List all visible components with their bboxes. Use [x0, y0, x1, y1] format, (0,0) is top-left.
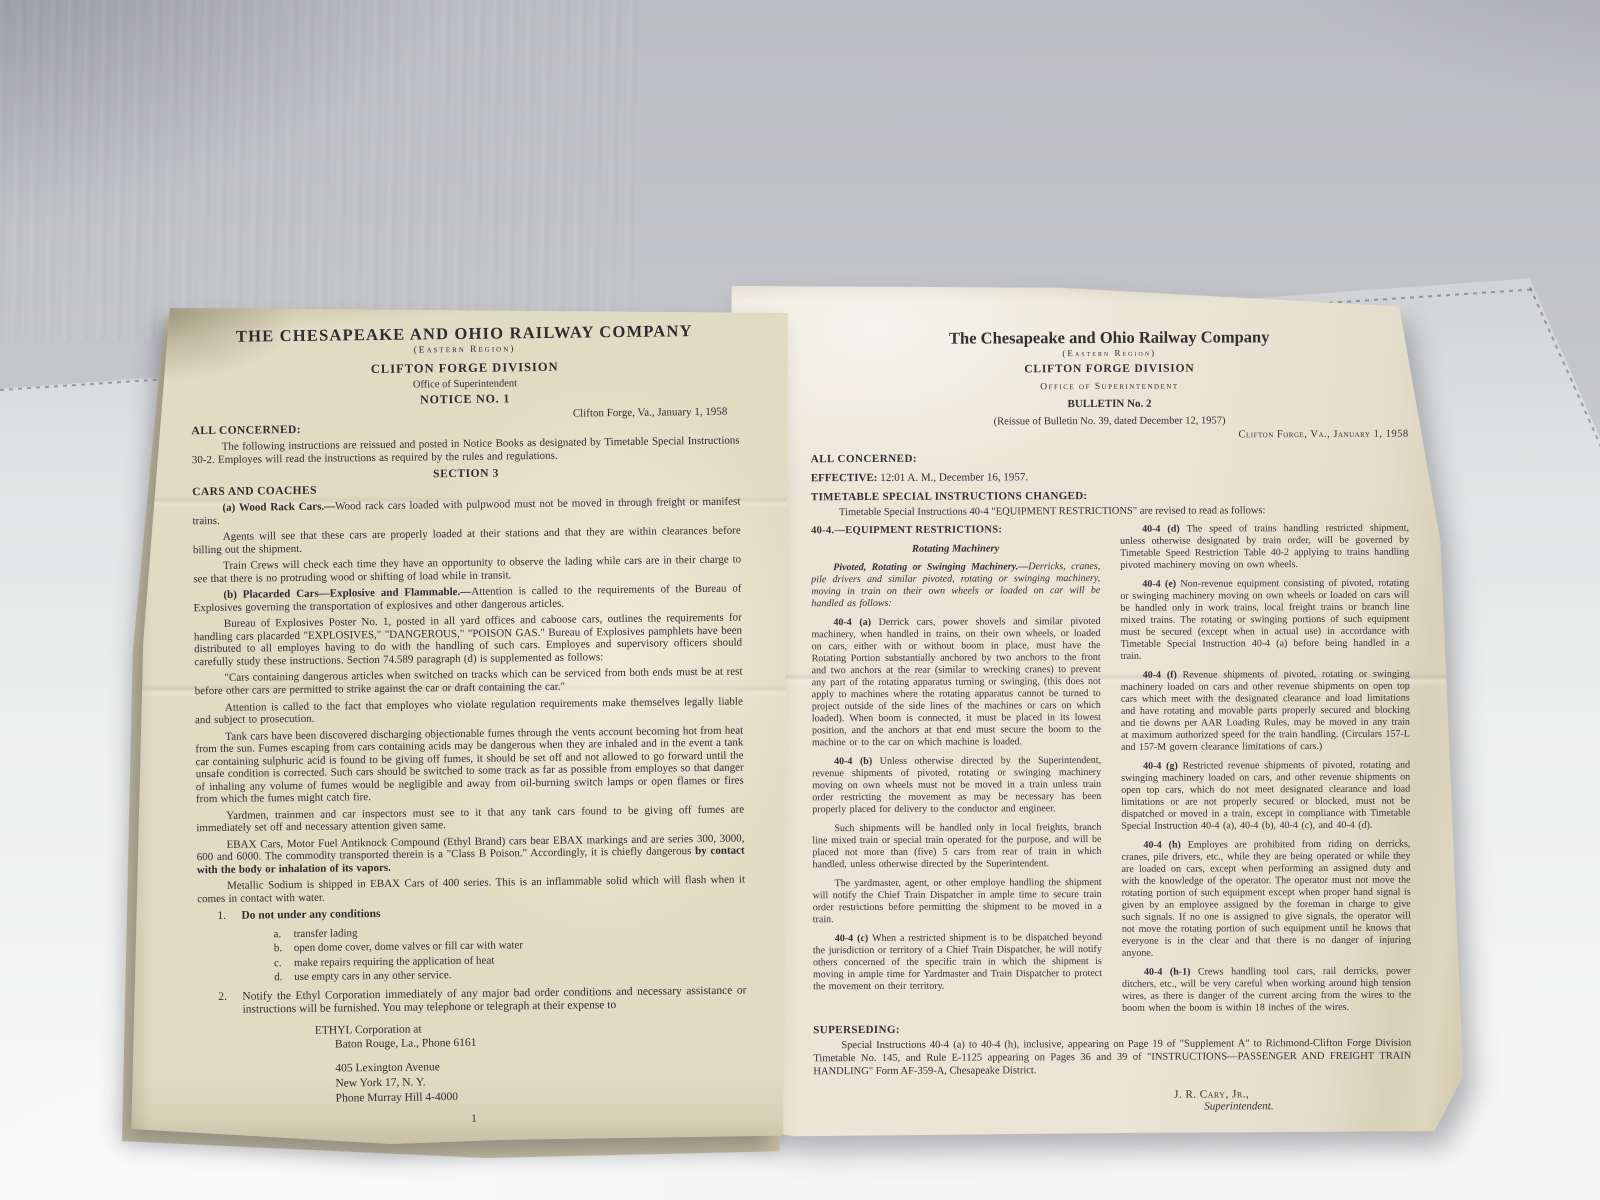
- text-segment: Tank cars have been discovered dischargi…: [195, 724, 744, 805]
- left-doc-intro: The following instructions are reissued …: [192, 435, 740, 467]
- text-segment: Yardmen, trainmen and car inspectors mus…: [196, 803, 744, 834]
- list-item-text: Do not under any conditions: [241, 904, 745, 923]
- left-doc-paragraph: Metallic Sodium is shipped in EBAX Cars …: [197, 874, 745, 906]
- list-sub-letter: d.: [274, 970, 294, 985]
- list-number: 2.: [218, 991, 242, 1018]
- left-doc-numbered-list: 1.Do not under any conditionsa.transfer …: [197, 904, 746, 1018]
- left-doc-paragraph: Tank cars have been discovered dischargi…: [195, 724, 744, 806]
- list-sub-items: a.transfer ladingb.open dome cover, dome…: [274, 921, 747, 985]
- left-doc-paragraph: Bureau of Explosives Poster No. 1, poste…: [194, 612, 743, 669]
- ethyl-address-block: 405 Lexington AvenueNew York 17, N. Y.Ph…: [335, 1056, 748, 1107]
- text-segment: (a) Wood Rack Cars.—: [222, 501, 335, 514]
- list-sub-letter: c.: [274, 956, 294, 971]
- text-segment: Metallic Sodium is shipped in EBAX Cars …: [197, 874, 745, 905]
- list-item: 2.Notify the Ethyl Corporation immediate…: [198, 984, 746, 1017]
- list-sub-letter: b.: [274, 941, 294, 956]
- left-doc-paragraph: Agents will see that these cars are prop…: [193, 525, 741, 557]
- left-doc-paragraph: Train Crews will check each time they ha…: [193, 554, 741, 586]
- ethyl-contact-block: ETHYL Corporation atBaton Rouge, La., Ph…: [315, 1018, 747, 1053]
- text-segment: Attention is called to the fact that emp…: [195, 695, 743, 726]
- list-number: 1.: [217, 910, 241, 924]
- text-segment: Train Crews will check each time they ha…: [193, 554, 741, 585]
- left-document: THE CHESAPEAKE AND OHIO RAILWAY COMPANY …: [126, 308, 788, 1144]
- text-segment: "Cars containing dangerous articles when…: [195, 666, 743, 697]
- left-document-wrap: THE CHESAPEAKE AND OHIO RAILWAY COMPANY …: [0, 0, 1600, 1200]
- page-number: 1: [200, 1110, 748, 1129]
- photo-scene: The Chesapeake and Ohio Railway Company …: [0, 0, 1600, 1200]
- left-doc-paragraph: (b) Placarded Cars—Explosive and Flammab…: [193, 583, 741, 615]
- left-doc-paragraph: Attention is called to the fact that emp…: [195, 695, 743, 727]
- text-segment: Notify the Ethyl Corporation immediately…: [242, 984, 746, 1015]
- text-segment: EBAX Cars, Motor Fuel Antiknock Compound…: [197, 832, 745, 863]
- text-segment: Bureau of Explosives Poster No. 1, poste…: [194, 612, 742, 668]
- text-segment: Agents will see that these cars are prop…: [193, 525, 741, 556]
- list-sub-text: transfer lading: [294, 926, 358, 941]
- left-doc-paragraphs: (a) Wood Rack Cars.—Wood rack cars loade…: [192, 496, 745, 906]
- list-item: 1.Do not under any conditions: [197, 904, 745, 924]
- list-sub-text: use empty cars in any other service.: [294, 968, 451, 984]
- text-segment: Do not under any conditions: [241, 908, 380, 922]
- left-doc-paragraph: "Cars containing dangerous articles when…: [194, 666, 742, 698]
- list-item-text: Notify the Ethyl Corporation immediately…: [242, 984, 746, 1017]
- left-doc-paragraph: (a) Wood Rack Cars.—Wood rack cars loade…: [192, 496, 740, 528]
- left-document-content: THE CHESAPEAKE AND OHIO RAILWAY COMPANY …: [126, 304, 798, 1148]
- left-doc-paragraph: Yardmen, trainmen and car inspectors mus…: [196, 803, 744, 835]
- pen-mark: [182, 297, 226, 304]
- list-sub-letter: a.: [274, 927, 294, 942]
- left-doc-body: The following instructions are reissued …: [192, 435, 748, 1129]
- left-doc-paragraph: EBAX Cars, Motor Fuel Antiknock Compound…: [196, 832, 744, 876]
- list-sub-text: make repairs requiring the application o…: [294, 953, 495, 970]
- left-doc-subsection-heading: CARS AND COACHES: [192, 480, 740, 499]
